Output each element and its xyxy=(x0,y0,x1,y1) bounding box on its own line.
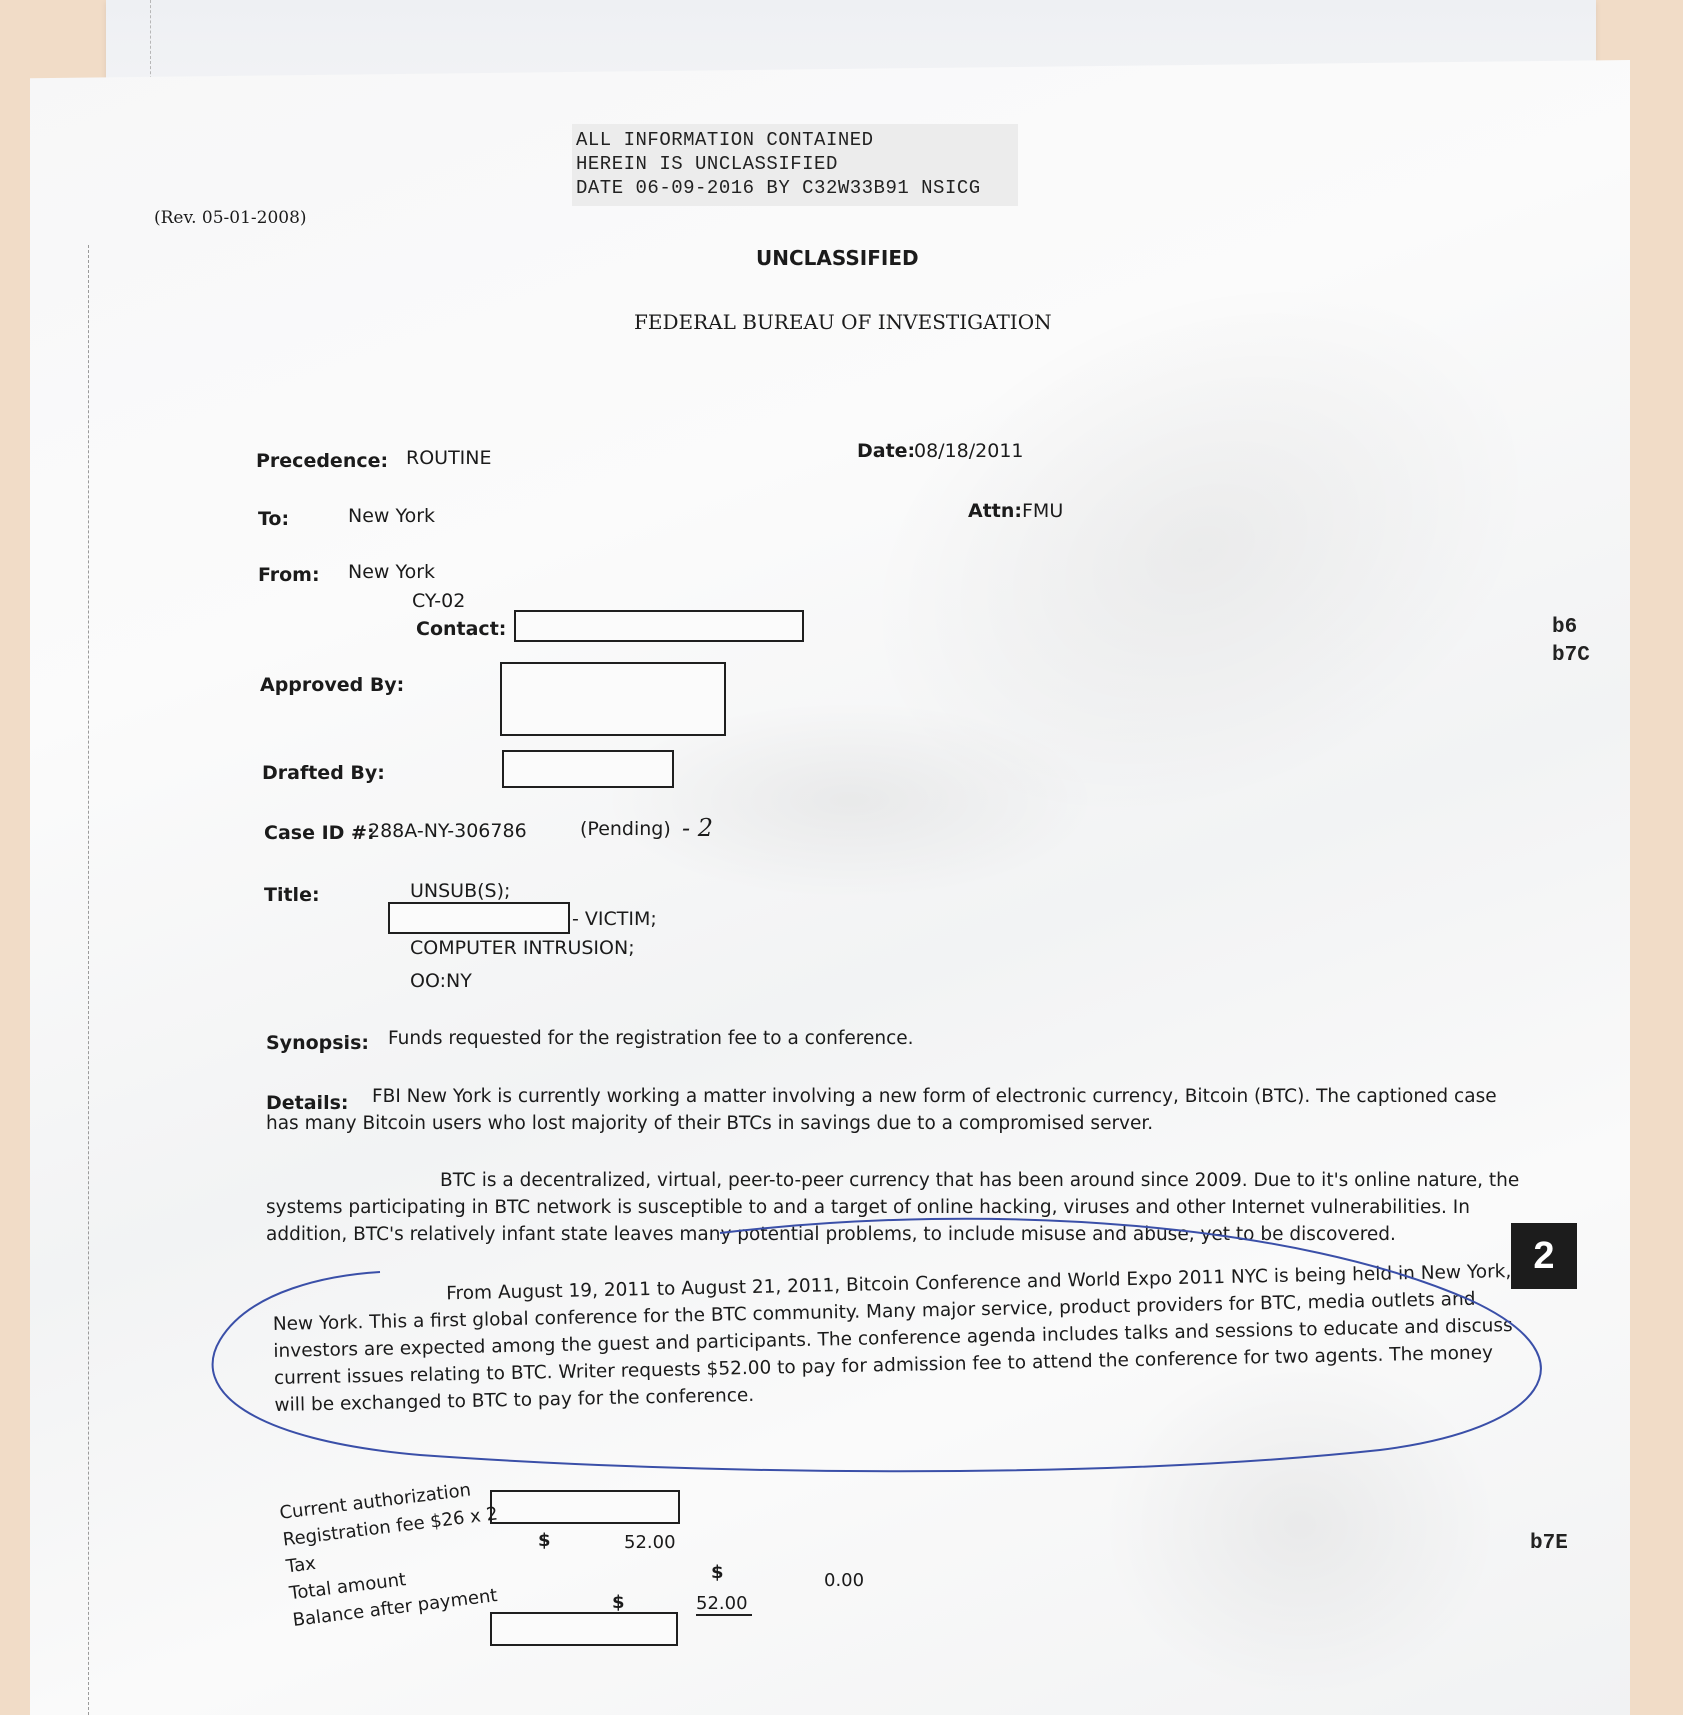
exemption-code: b7C xyxy=(1552,642,1590,670)
attn-value: FMU xyxy=(1022,500,1063,522)
contact-label: Contact: xyxy=(416,618,506,640)
paragraph-line: has many Bitcoin users who lost majority… xyxy=(266,1110,1497,1137)
to-value: New York xyxy=(348,505,435,527)
exemption-code: b6 xyxy=(1552,614,1590,642)
paragraph-line: BTC is a decentralized, virtual, peer-to… xyxy=(266,1167,1519,1194)
approved-by-label: Approved By: xyxy=(260,674,404,696)
total-amount: 52.00 xyxy=(696,1593,752,1616)
stamp-line: DATE 06-09-2016 BY C32W33B91 NSICG xyxy=(576,176,1014,200)
registration-fee-amount: 52.00 xyxy=(624,1532,676,1553)
title-line: UNSUB(S); xyxy=(410,880,510,902)
precedence-value: ROUTINE xyxy=(406,447,492,469)
paragraph-line: systems participating in BTC network is … xyxy=(266,1194,1519,1221)
tax-amount: 0.00 xyxy=(824,1570,864,1591)
drafted-by-label: Drafted By: xyxy=(262,762,385,784)
title-label: Title: xyxy=(264,884,320,906)
stamp-line: HEREIN IS UNCLASSIFIED xyxy=(576,152,1014,176)
form-revision: (Rev. 05-01-2008) xyxy=(154,208,307,228)
attn-label: Attn: xyxy=(968,500,1022,522)
case-status: (Pending) xyxy=(580,818,671,840)
redaction-drafted-by xyxy=(502,750,674,788)
from-value: New York xyxy=(348,561,435,583)
currency-symbol: $ xyxy=(538,1530,551,1551)
details-paragraph-3: From August 19, 2011 to August 21, 2011,… xyxy=(272,1258,1514,1419)
perforation-line xyxy=(88,245,89,1715)
classification-heading: UNCLASSIFIED xyxy=(756,246,919,270)
handwritten-serial-note: - 2 xyxy=(682,814,713,842)
redaction-contact xyxy=(514,610,804,642)
redaction-balance-after-payment xyxy=(490,1612,678,1646)
synopsis-value: Funds requested for the registration fee… xyxy=(388,1028,914,1049)
to-label: To: xyxy=(258,508,289,530)
title-line: COMPUTER INTRUSION; xyxy=(410,937,635,959)
agency-heading: FEDERAL BUREAU OF INVESTIGATION xyxy=(634,310,1052,334)
redaction-approved-by xyxy=(500,662,726,736)
currency-symbol: $ xyxy=(711,1562,724,1583)
stamp-line: ALL INFORMATION CONTAINED xyxy=(576,128,1014,152)
date-value: 08/18/2011 xyxy=(914,440,1024,462)
from-label: From: xyxy=(258,564,320,586)
title-line: - VICTIM; xyxy=(572,908,657,930)
from-unit: CY-02 xyxy=(412,590,465,612)
redaction-current-authorization xyxy=(490,1490,680,1524)
case-id-value: 288A-NY-306786 xyxy=(368,820,527,842)
page-number-badge: 2 xyxy=(1511,1223,1577,1289)
title-line: OO:NY xyxy=(410,970,472,992)
case-id-label: Case ID #: xyxy=(264,822,375,844)
paragraph-line: addition, BTC's relatively infant state … xyxy=(266,1221,1519,1248)
date-label: Date: xyxy=(857,440,915,462)
declassification-stamp: ALL INFORMATION CONTAINED HEREIN IS UNCL… xyxy=(572,124,1018,206)
details-paragraph-2: BTC is a decentralized, virtual, peer-to… xyxy=(266,1167,1519,1248)
precedence-label: Precedence: xyxy=(256,450,388,472)
financial-labels: Current authorization Registration fee $… xyxy=(278,1474,509,1634)
currency-symbol: $ xyxy=(612,1592,625,1613)
exemption-codes-personal: b6 b7C xyxy=(1552,614,1590,670)
synopsis-label: Synopsis: xyxy=(266,1032,369,1054)
redaction-victim xyxy=(388,902,570,934)
details-paragraph-1: FBI New York is currently working a matt… xyxy=(266,1083,1497,1137)
exemption-code-techniques: b7E xyxy=(1530,1530,1568,1558)
paragraph-line: FBI New York is currently working a matt… xyxy=(266,1083,1497,1110)
